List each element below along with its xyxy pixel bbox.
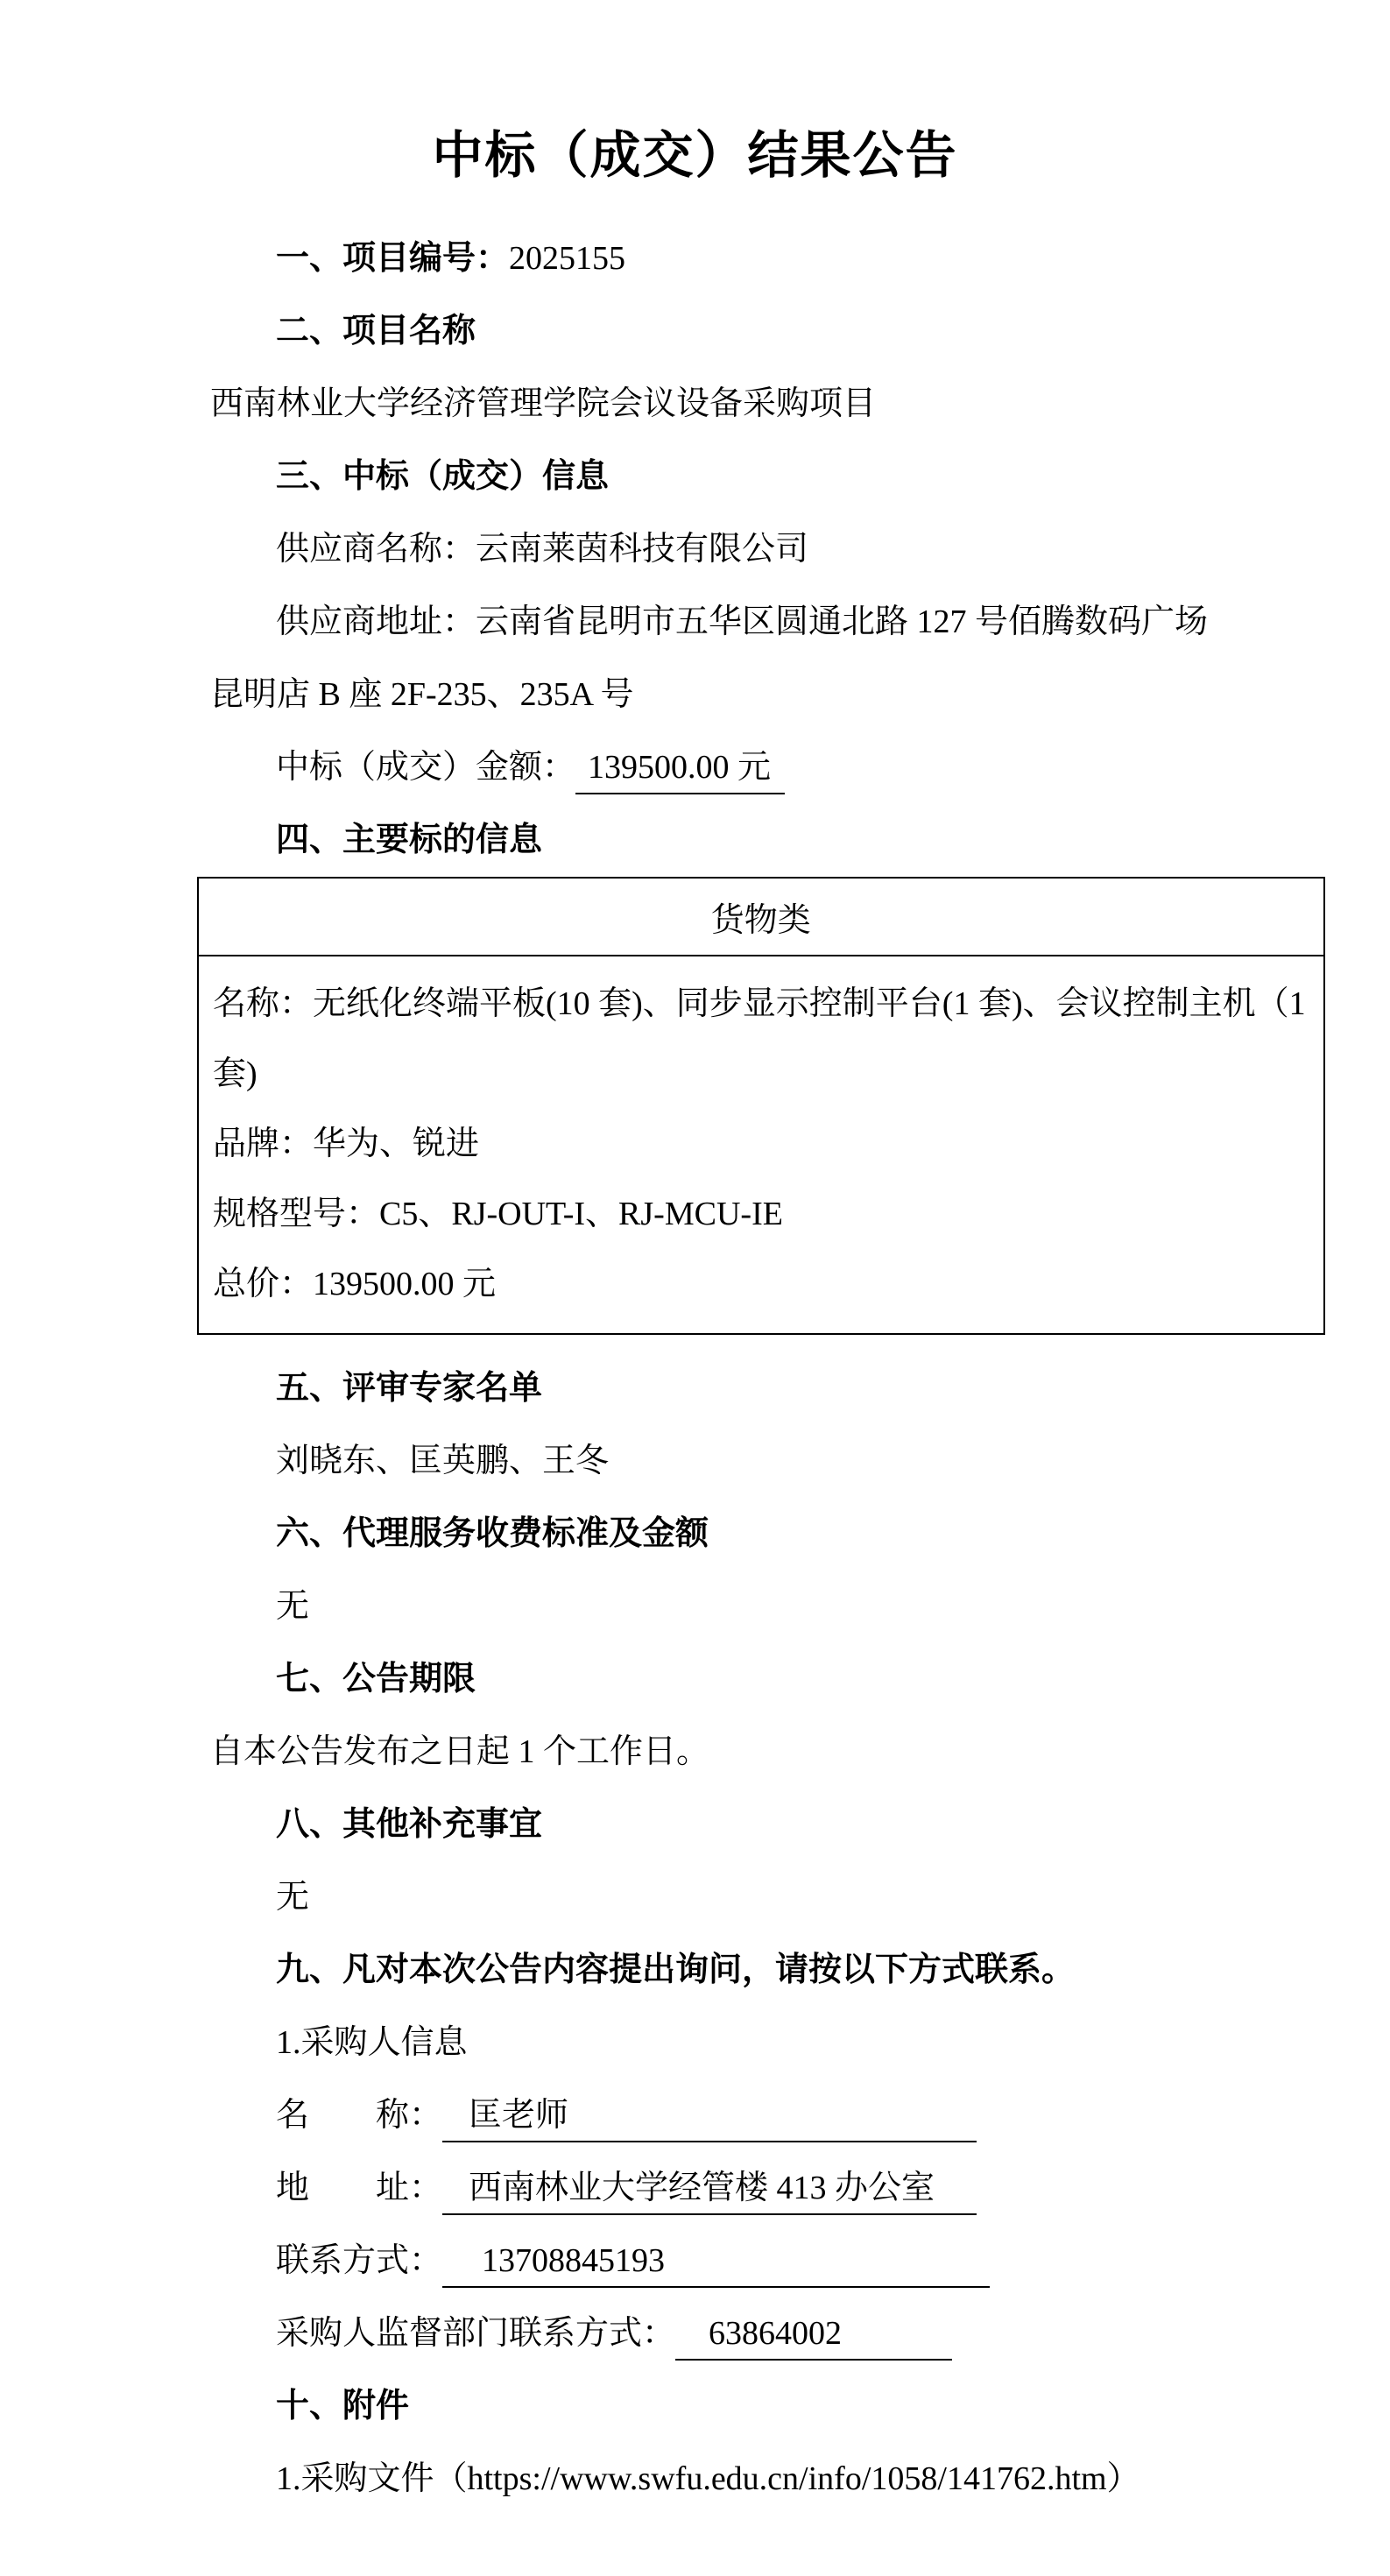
goods-name-line-2: 套) xyxy=(213,1039,1306,1109)
supplier-address-line-1: 供应商地址：云南省昆明市五华区圆通北路 127 号佰腾数码广场 xyxy=(197,586,1285,659)
supplier-address-value-1: 云南省昆明市五华区圆通北路 127 号佰腾数码广场 xyxy=(476,603,1208,640)
section-6-heading: 六、代理服务收费标准及金额 xyxy=(197,1498,1285,1570)
section-5-heading: 五、评审专家名单 xyxy=(197,1352,1285,1425)
expert-list: 刘晓东、匡英鹏、王冬 xyxy=(197,1425,1285,1498)
section-2-heading: 二、项目名称 xyxy=(197,295,1285,368)
supervisor-contact-label: 采购人监督部门联系方式： xyxy=(276,2315,675,2352)
announcement-document: 中标（成交）结果公告 一、项目编号：2025155 二、项目名称 西南林业大学经… xyxy=(0,0,1390,2576)
section-1-label: 一、项目编号： xyxy=(276,240,509,277)
section-3-heading: 三、中标（成交）信息 xyxy=(197,441,1285,513)
purchaser-address-label: 地 址： xyxy=(276,2170,442,2206)
supplier-name-label: 供应商名称： xyxy=(276,531,476,568)
goods-brand-line: 品牌：华为、锐进 xyxy=(213,1109,1306,1179)
award-amount-value: 139500.00 元 xyxy=(575,747,785,794)
project-name: 西南林业大学经济管理学院会议设备采购项目 xyxy=(197,368,1285,441)
section-1-heading: 一、项目编号：2025155 xyxy=(197,222,1285,295)
page-title: 中标（成交）结果公告 xyxy=(0,121,1390,191)
goods-total-price-line: 总价：139500.00 元 xyxy=(213,1249,1306,1319)
purchaser-address-line: 地 址：西南林业大学经管楼 413 办公室 xyxy=(197,2152,1285,2225)
purchaser-contact-value: 13708845193 xyxy=(442,2241,990,2288)
goods-table-body-row: 名称：无纸化终端平板(10 套)、同步显示控制平台(1 套)、会议控制主机（1 … xyxy=(198,956,1324,1334)
supervisor-contact-value: 63864002 xyxy=(675,2313,952,2361)
supplier-address-label: 供应商地址： xyxy=(276,603,476,640)
purchaser-info-subheading: 1.采购人信息 xyxy=(197,2007,1285,2079)
supplier-address-line-2: 昆明店 B 座 2F-235、235A 号 xyxy=(197,659,1285,731)
supplier-name-line: 供应商名称：云南莱茵科技有限公司 xyxy=(197,513,1285,586)
award-amount-label: 中标（成交）金额： xyxy=(276,749,575,786)
purchaser-name-label: 名 称： xyxy=(276,2097,442,2134)
project-number: 2025155 xyxy=(509,240,625,277)
announcement-period: 自本公告发布之日起 1 个工作日。 xyxy=(197,1716,1285,1789)
agency-fee-value: 无 xyxy=(197,1570,1285,1643)
section-10-heading: 十、附件 xyxy=(197,2370,1285,2443)
award-amount-line: 中标（成交）金额：139500.00 元 xyxy=(197,731,1285,804)
supplier-name-value: 云南莱茵科技有限公司 xyxy=(476,531,808,568)
goods-table-header-row: 货物类 xyxy=(198,878,1324,956)
section-9-heading: 九、凡对本次公告内容提出询问，请按以下方式联系。 xyxy=(197,1934,1285,2007)
purchaser-contact-label: 联系方式： xyxy=(276,2242,442,2279)
section-4-heading: 四、主要标的信息 xyxy=(197,804,1285,877)
attachment-link-line: 1.采购文件（https://www.swfu.edu.cn/info/1058… xyxy=(197,2443,1285,2516)
supervisor-contact-line: 采购人监督部门联系方式：63864002 xyxy=(197,2297,1285,2370)
goods-name-line-1: 名称：无纸化终端平板(10 套)、同步显示控制平台(1 套)、会议控制主机（1 xyxy=(213,969,1306,1039)
goods-table-header: 货物类 xyxy=(198,878,1324,956)
document-body: 一、项目编号：2025155 二、项目名称 西南林业大学经济管理学院会议设备采购… xyxy=(0,222,1390,2516)
goods-table: 货物类 名称：无纸化终端平板(10 套)、同步显示控制平台(1 套)、会议控制主… xyxy=(197,877,1325,1335)
section-8-heading: 八、其他补充事宜 xyxy=(197,1789,1285,1861)
goods-model-line: 规格型号：C5、RJ-OUT-I、RJ-MCU-IE xyxy=(213,1179,1306,1249)
purchaser-address-value: 西南林业大学经管楼 413 办公室 xyxy=(442,2168,977,2215)
section-7-heading: 七、公告期限 xyxy=(197,1643,1285,1716)
other-matters-value: 无 xyxy=(197,1861,1285,1934)
purchaser-name-value: 匡老师 xyxy=(442,2095,977,2142)
purchaser-contact-line: 联系方式：13708845193 xyxy=(197,2225,1285,2297)
goods-table-cell: 名称：无纸化终端平板(10 套)、同步显示控制平台(1 套)、会议控制主机（1 … xyxy=(198,956,1324,1334)
purchaser-name-line: 名 称：匡老师 xyxy=(197,2079,1285,2152)
